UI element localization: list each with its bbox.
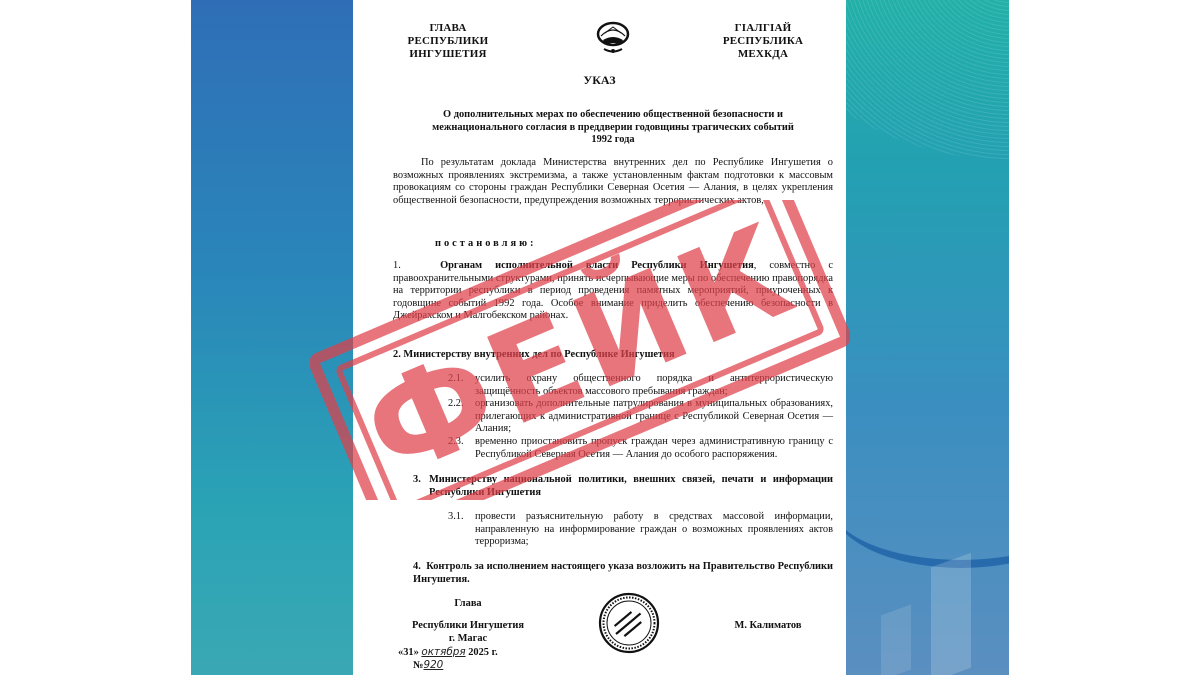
- preamble: По результатам доклада Министерства внут…: [393, 157, 833, 207]
- subitem-number: 2.3.: [448, 436, 464, 449]
- subject-line: О дополнительных мерах по обеспечению об…: [393, 109, 833, 122]
- date-day: «31»: [398, 647, 419, 658]
- decree-subject: О дополнительных мерах по обеспечению об…: [393, 109, 833, 147]
- item-number: 3.: [413, 474, 421, 487]
- date-year: 2025 г.: [468, 647, 498, 658]
- header-right-line: ГIАЛГIАЙ: [708, 22, 818, 35]
- subitem-2-2: организовать дополнительные патрулирован…: [475, 398, 833, 436]
- subitem-3-1: провести разъяснительную работу в средст…: [475, 511, 833, 549]
- resolve-word: постановляю:: [435, 238, 536, 251]
- subitem-number: 2.2.: [448, 398, 464, 411]
- header-left-line: ИНГУШЕТИЯ: [393, 48, 503, 61]
- subject-line: 1992 года: [393, 134, 833, 147]
- item-heading: Контроль за исполнением настоящего указа…: [413, 561, 833, 585]
- date-month: октября: [421, 646, 465, 658]
- subitem-number: 2.1.: [448, 373, 464, 386]
- ingushetia-emblem-icon: [593, 20, 633, 56]
- round-seal-icon: [598, 592, 660, 654]
- item-1: 1. Органам исполнительной власти Республ…: [393, 260, 833, 323]
- signing-date: «31» октября 2025 г.: [398, 646, 548, 660]
- header-right-line: МЕХКДА: [708, 48, 818, 61]
- item-2: 2. Министерству внутренних дел по Респуб…: [393, 349, 833, 362]
- subitem-number: 3.1.: [448, 511, 464, 524]
- signatory-title-2: Республики Ингушетия: [393, 620, 543, 633]
- header-left-line: ГЛАВА: [393, 22, 503, 35]
- item-number: 2.: [393, 349, 401, 360]
- item-number: 1.: [393, 260, 401, 271]
- header-right-line: РЕСПУБЛИКА: [708, 35, 818, 48]
- header-left: ГЛАВА РЕСПУБЛИКИ ИНГУШЕТИЯ: [393, 22, 503, 61]
- number-value: 920: [423, 659, 443, 671]
- item-3: Министерству национальной политики, внеш…: [429, 474, 833, 499]
- signing-place: г. Магас: [393, 633, 543, 646]
- header-left-line: РЕСПУБЛИКИ: [393, 35, 503, 48]
- item-number: 4.: [413, 561, 421, 572]
- subitem-2-3: временно приостановить пропуск граждан ч…: [475, 436, 833, 461]
- decree-document: ГЛАВА РЕСПУБЛИКИ ИНГУШЕТИЯ ГIАЛГIАЙ РЕСП…: [353, 0, 846, 675]
- header-right: ГIАЛГIАЙ РЕСПУБЛИКА МЕХКДА: [708, 22, 818, 61]
- signatory-name: М. Калиматов: [718, 620, 818, 633]
- decree-number: №920: [413, 659, 493, 673]
- subject-line: межнационального согласия в преддверии г…: [393, 122, 833, 135]
- signatory-title: Глава: [393, 598, 543, 611]
- background-bar: [881, 605, 911, 675]
- number-prefix: №: [413, 660, 423, 671]
- item-4: 4. Контроль за исполнением настоящего ук…: [413, 561, 833, 586]
- background-bar: [931, 553, 971, 675]
- document-type: УКАЗ: [353, 74, 846, 87]
- item-heading: Органам исполнительной власти Республики…: [440, 260, 754, 271]
- subitem-2-1: усилить охрану общественного порядка и а…: [475, 373, 833, 398]
- item-heading: Министерству внутренних дел по Республик…: [403, 349, 674, 360]
